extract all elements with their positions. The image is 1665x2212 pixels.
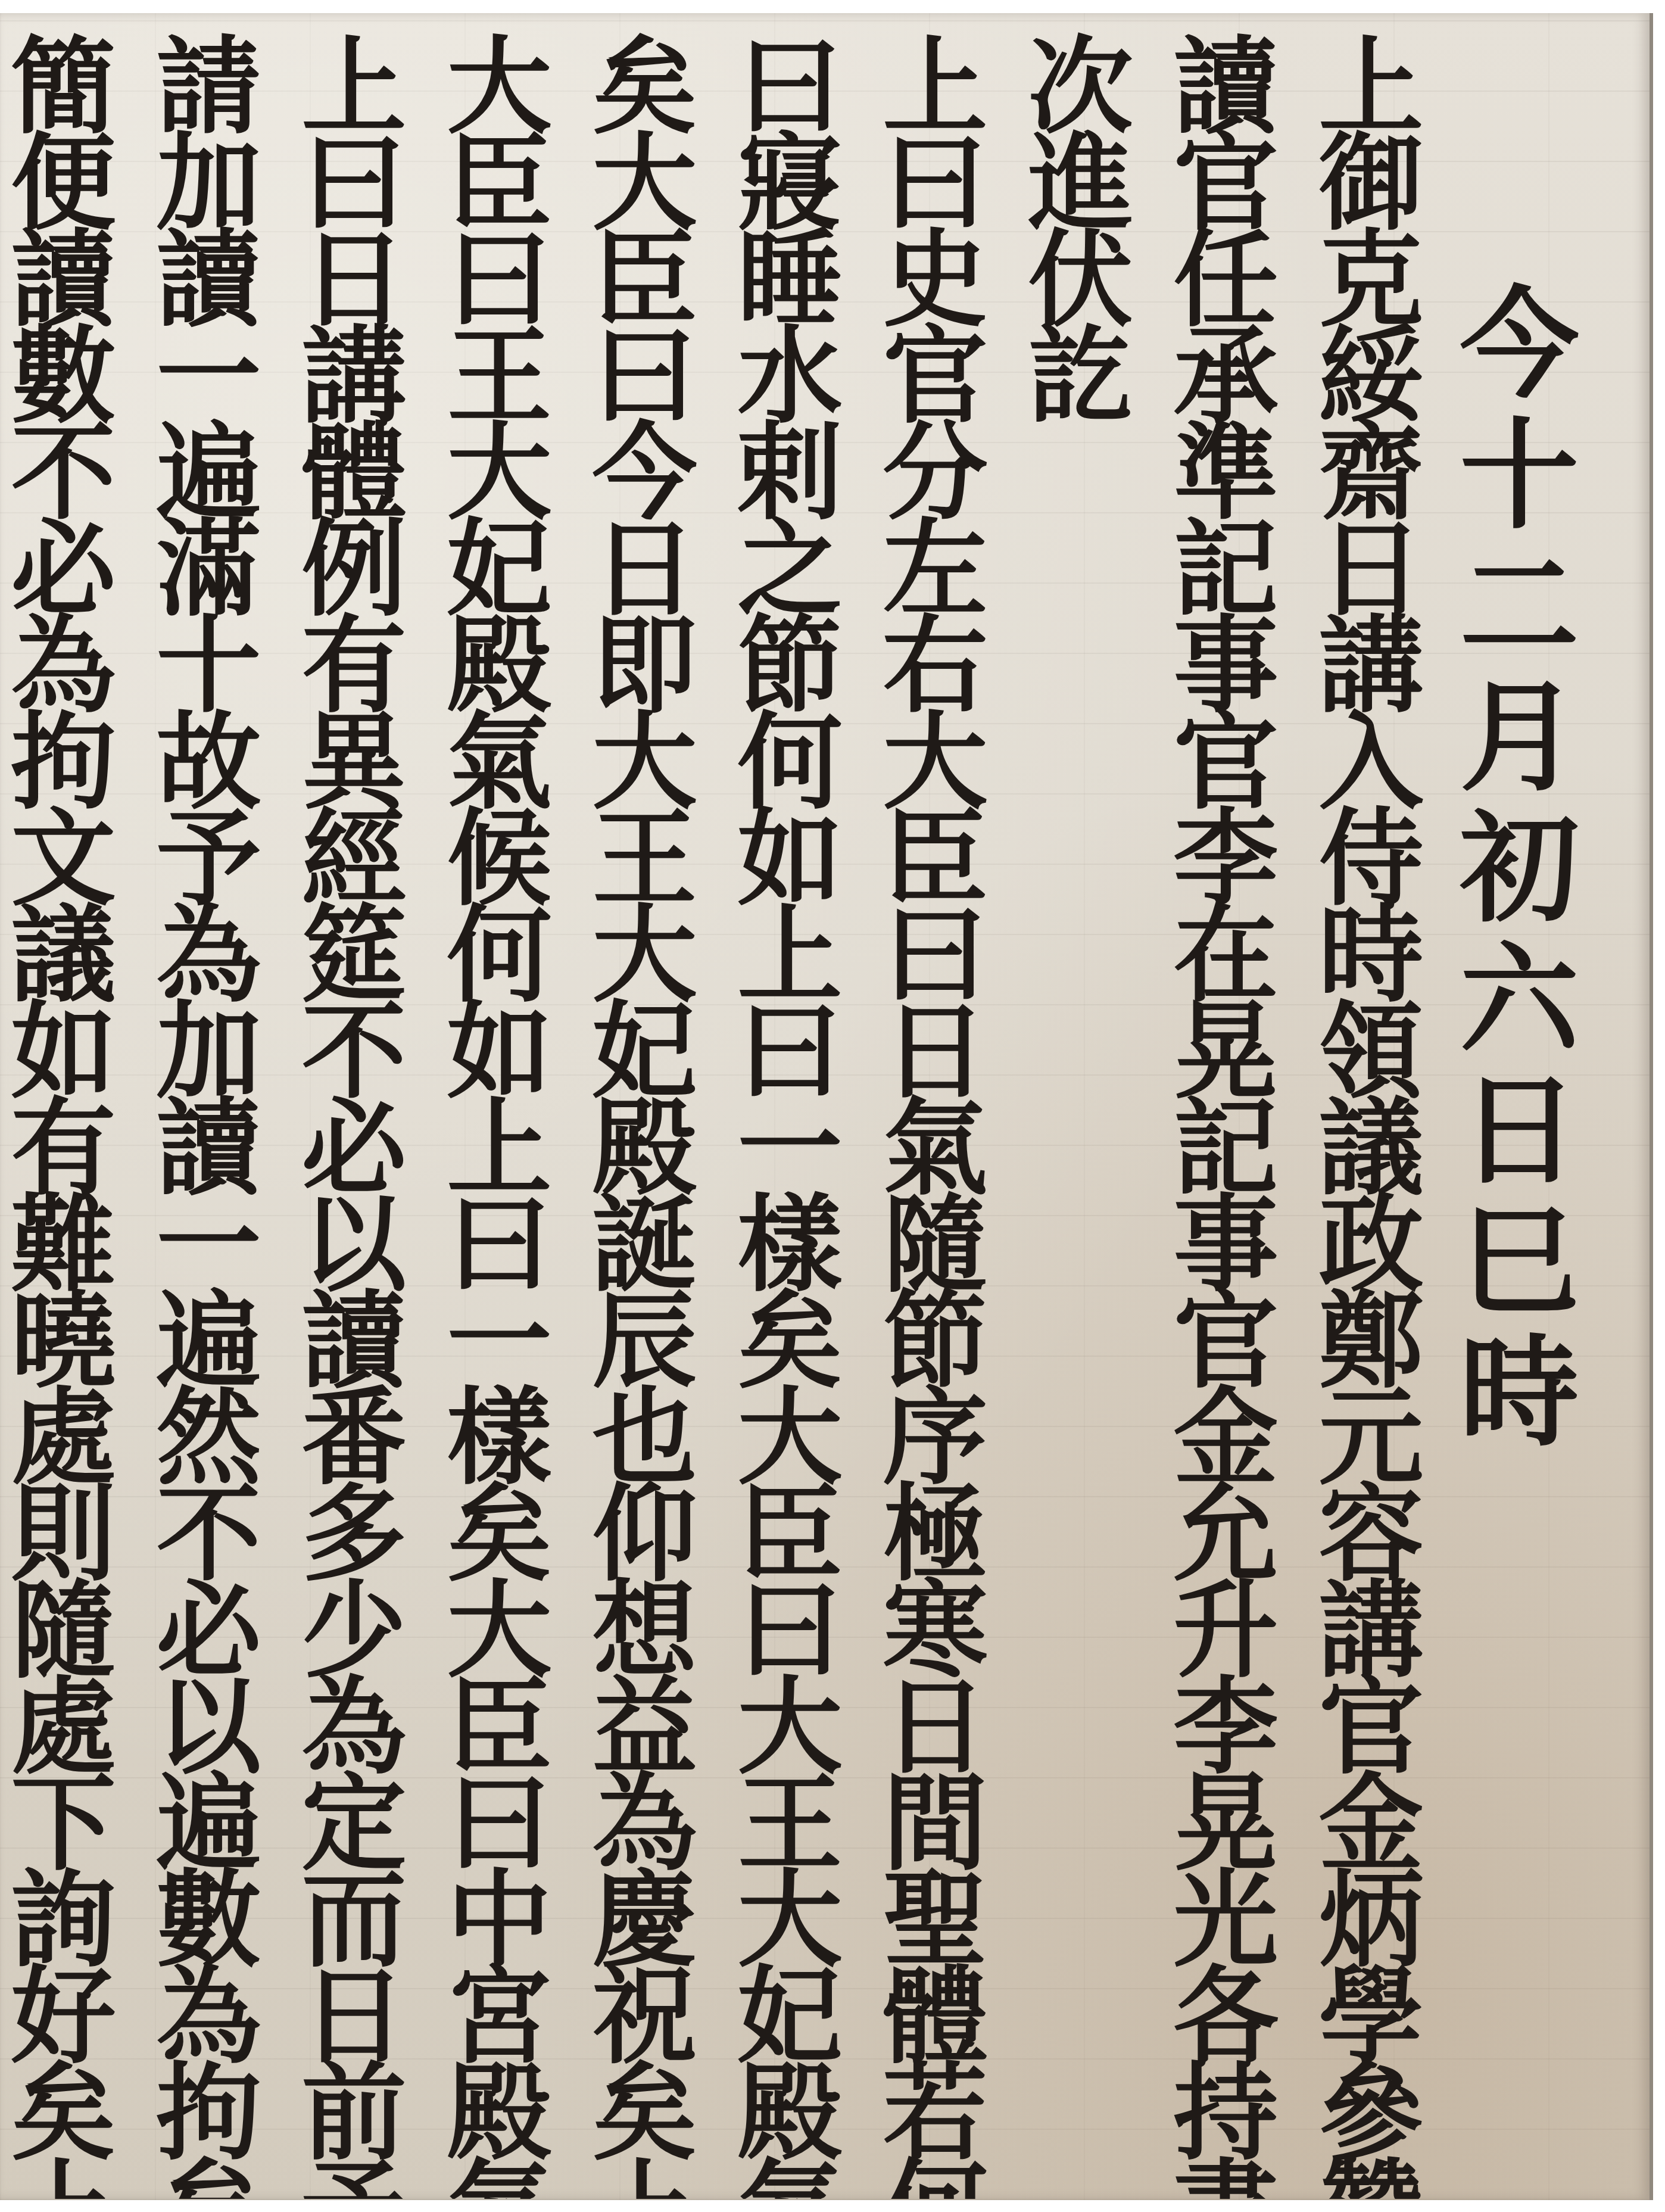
column-2: 上御克綏齋日講入侍時領議政鄭元容講官金炳學參贊官金基纘侍	[1290, 31, 1435, 2199]
column-date-heading: 今十二月初六日巳時	[1435, 31, 1584, 2199]
column-10: 請加讀一遍滿十故予為加讀一遍然不必以遍數為拘矣大臣曰然矣此經筵於從	[127, 31, 273, 2199]
column-9: 上曰日講體例有異經筵不必以讀番多少為定而日前予讀九遍使陳文議則講官	[273, 31, 418, 2199]
column-6: 曰寢睡水剌之節何如上曰一樣矣大臣曰大王大妃殿氣候何如上曰一樣	[709, 31, 854, 2199]
manuscript-page: 今十二月初六日巳時 上御克綏齋日講入侍時領議政鄭元容講官金炳學參贊官金基纘侍 讀…	[0, 13, 1653, 2200]
text-columns: 今十二月初六日巳時 上御克綏齋日講入侍時領議政鄭元容講官金炳學參贊官金基纘侍 讀…	[0, 31, 1584, 2199]
column-4: 次進伏訖	[999, 31, 1145, 2199]
column-3: 讀官任承準記事官李在晃記事官金允升李晃光各持書傳第五卷以	[1145, 31, 1290, 2199]
column-7: 矣大臣曰今日即大王大妃殿誕辰也仰想益為慶祝矣上曰慶祝萬萬矣	[563, 31, 709, 2199]
column-8: 大臣曰王大妃殿氣候何如上曰一樣矣大臣曰中宮殿氣候何如上曰安順矣	[418, 31, 563, 2199]
column-11: 簡便讀數不必為拘文議如有難曉處則隨處下詢好矣上曰當如是矣炳學	[0, 31, 127, 2199]
column-5: 上曰史官分左右大臣曰日氣隨節序極寒日間聖體若何上曰一樣矣大臣	[854, 31, 999, 2199]
